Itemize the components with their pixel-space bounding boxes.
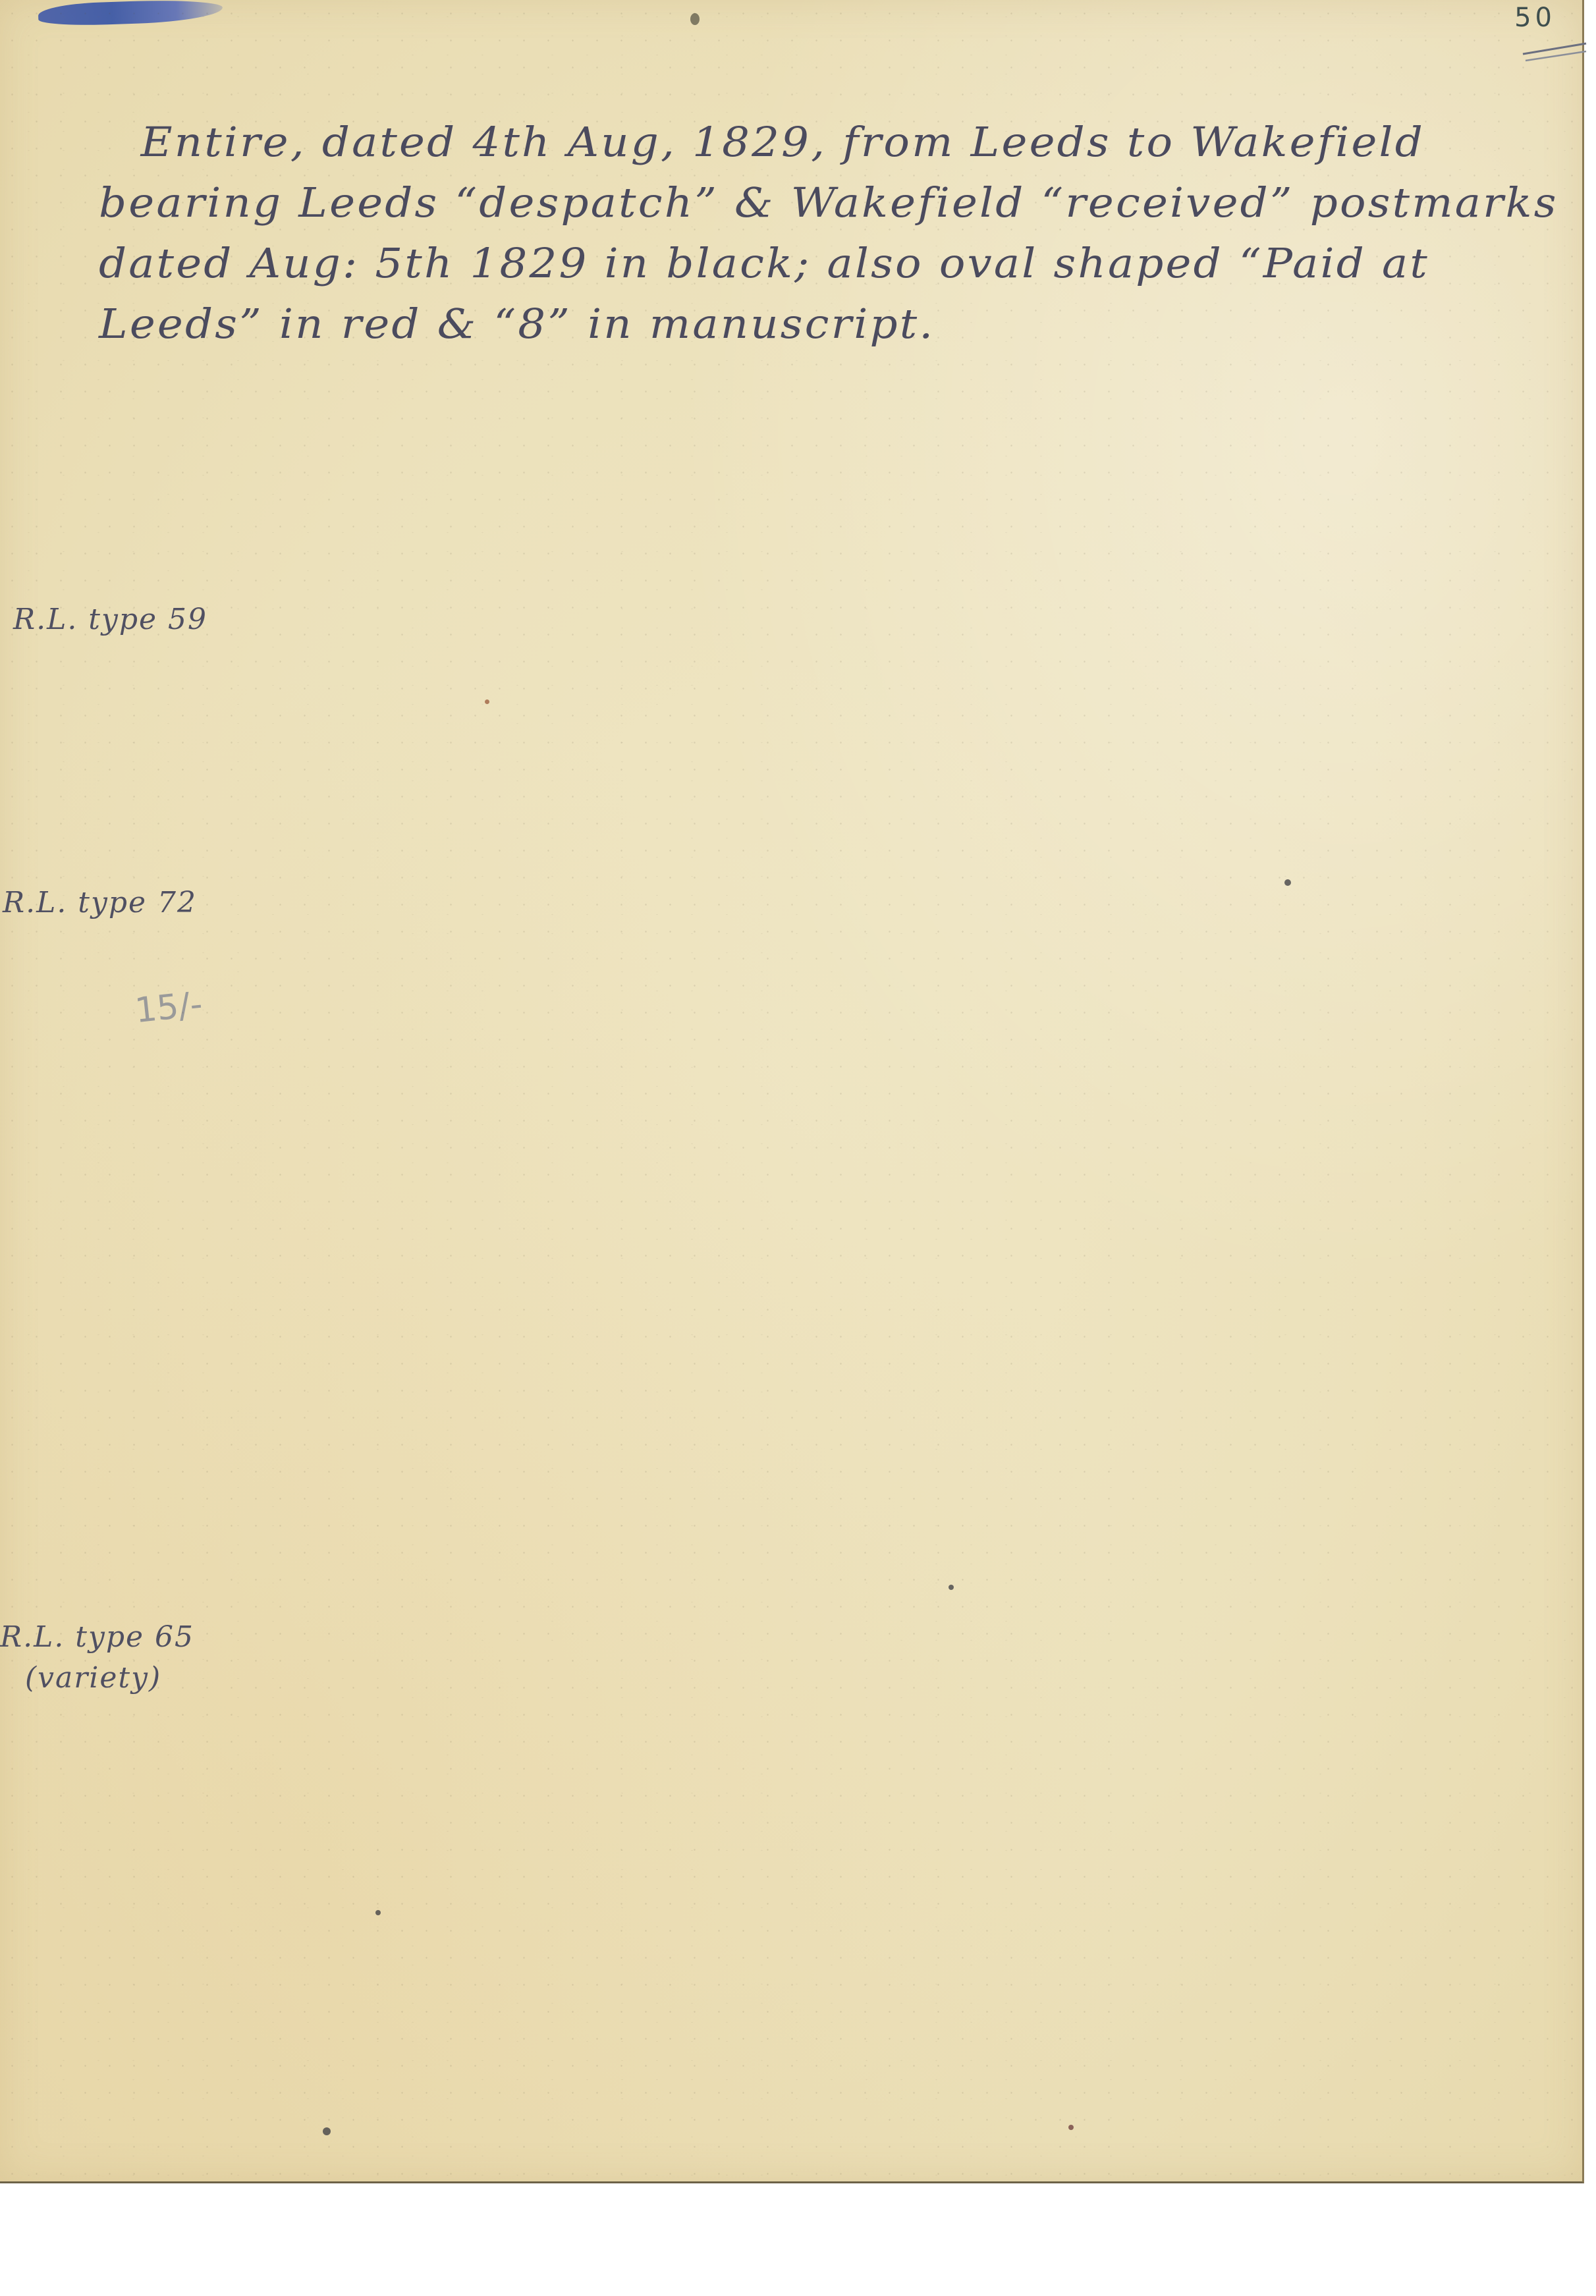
page-number: 50 xyxy=(1514,3,1556,33)
paper-speck xyxy=(690,13,700,25)
pencil-price-note: 15/- xyxy=(133,985,204,1031)
paper-speck xyxy=(323,2127,331,2135)
paper-speck xyxy=(1068,2125,1074,2130)
paper-speck xyxy=(1284,879,1291,886)
pencil-underline-marks xyxy=(1522,38,1587,65)
paper-speck xyxy=(375,1910,381,1915)
blue-ink-mark xyxy=(38,0,223,27)
margin-label-type-65: R.L. type 65 xyxy=(0,1620,194,1654)
note-line: Leeds” in red & “8” in manuscript. xyxy=(99,294,1596,354)
paper-speck xyxy=(949,1585,954,1590)
margin-label-type-59: R.L. type 59 xyxy=(13,603,207,636)
margin-label-type-65-variety: (variety) xyxy=(25,1661,161,1695)
main-description-note: Entire, dated 4th Aug, 1829, from Leeds … xyxy=(99,112,1574,354)
album-page: 50 Entire, dated 4th Aug, 1829, from Lee… xyxy=(0,0,1584,2183)
paper-speck xyxy=(485,699,489,704)
note-line: dated Aug: 5th 1829 in black; also oval … xyxy=(99,233,1596,294)
margin-label-type-72: R.L. type 72 xyxy=(3,886,197,919)
note-line: bearing Leeds “despatch” & Wakefield “re… xyxy=(99,173,1596,233)
note-line: Entire, dated 4th Aug, 1829, from Leeds … xyxy=(99,112,1596,173)
